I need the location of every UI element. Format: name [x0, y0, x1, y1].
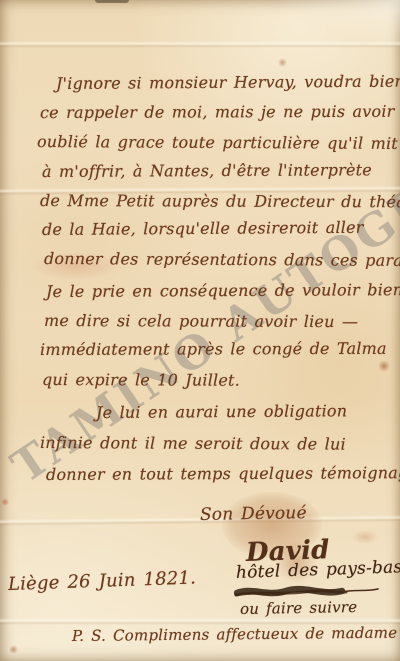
letter-line: J'ignore si monsieur Hervay, voudra bien — [56, 72, 400, 93]
letter-line: Je lui en aurai une obligation — [96, 401, 347, 422]
letter-line: oublié la grace toute particulière qu'il… — [37, 132, 398, 153]
letter-line: de la Haie, lorsqu'elle desireroit aller — [42, 218, 364, 239]
letter-line: à m'offrir, à Nantes, d'être l'interprèt… — [42, 160, 372, 181]
fold-crease — [0, 41, 400, 48]
letter-line: immédiatement après le congé de Talma — [40, 339, 387, 359]
letter-line: donner des représentations dans ces para… — [44, 249, 400, 270]
letter-line: me dire si cela pourrait avoir lieu — — [44, 311, 358, 331]
forward-note: ou faire suivre — [240, 598, 358, 618]
paper-edge-notch — [95, 0, 129, 3]
letter-line: de Mme Petit auprès du Directeur du théâ… — [40, 191, 400, 211]
struck-through-line — [234, 584, 380, 600]
letter-line: qui expire le 10 Juillet. — [42, 370, 240, 390]
letter-line: ce rappeler de moi, mais je ne puis avoi… — [40, 102, 395, 122]
letter-photograph: TAMINO AUTOGRAPHS J'ignore si monsieur H… — [0, 0, 400, 661]
letter-line: donner en tout temps quelques témoignage… — [46, 463, 400, 484]
paper-corner-highlight — [280, 0, 400, 46]
closing-salutation: Son Dévoué — [200, 503, 307, 525]
postscript-line: P. S. Complimens affectueux de madame Pe… — [72, 623, 400, 645]
letter-line: Je le prie en conséquence de vouloir bie… — [46, 280, 400, 301]
letter-line: infinie dont il me seroit doux de lui — [40, 433, 346, 454]
